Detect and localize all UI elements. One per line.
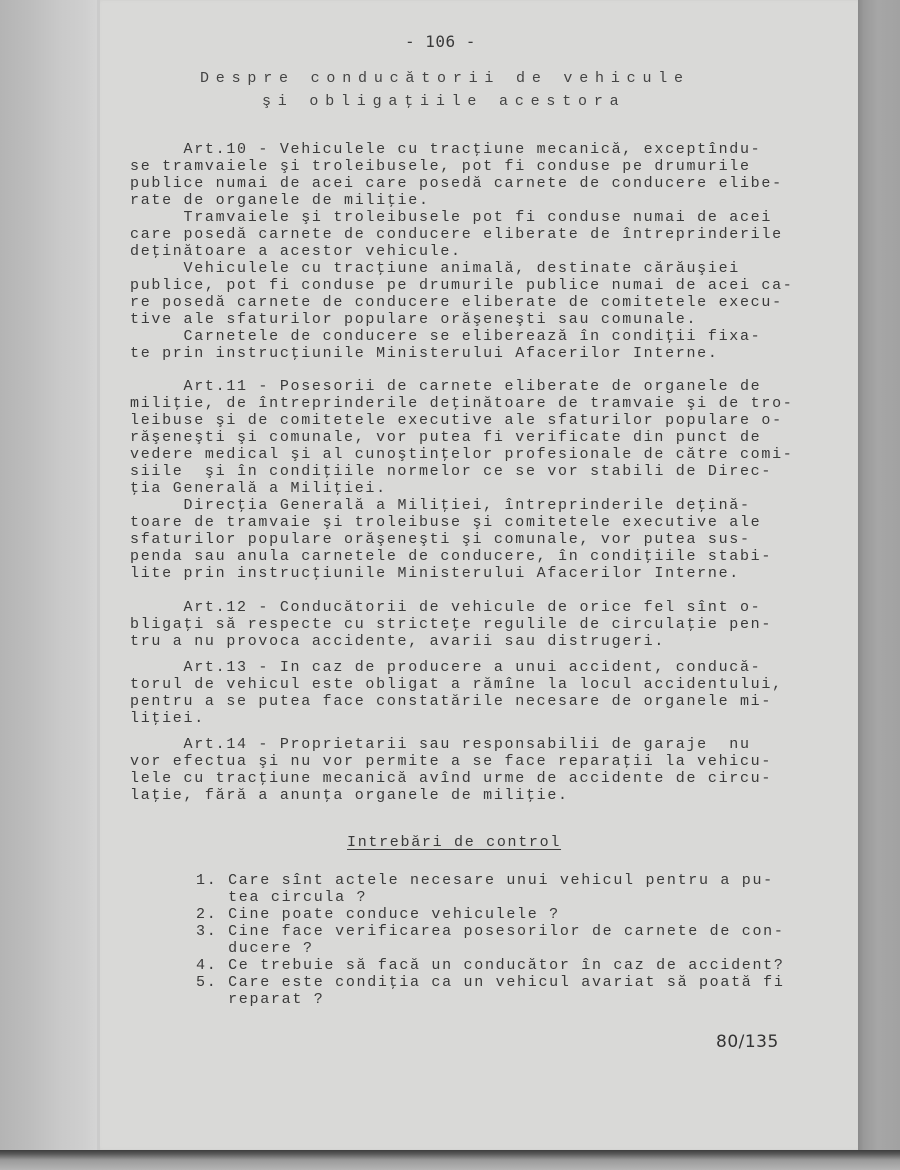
text-line: Art.10 - Vehiculele cu tracţiune mecanic… <box>130 141 794 158</box>
control-questions-list: 1. Care sînt actele necesare unui vehicu… <box>196 872 785 1008</box>
text-line: liţiei. <box>130 710 783 727</box>
text-line: re posedă carnete de conducere eliberate… <box>130 294 794 311</box>
text-line: lite prin instrucţiunile Ministerului Af… <box>130 565 794 582</box>
text-line: Art.11 - Posesorii de carnete eliberate … <box>130 378 794 395</box>
text-line: tru a nu provoca accidente, avarii sau d… <box>130 633 772 650</box>
book-gutter <box>0 0 100 1170</box>
text-line: te prin instrucţiunile Ministerului Afac… <box>130 345 794 362</box>
text-line: răşeneşti şi comunale, vor putea fi veri… <box>130 429 794 446</box>
text-line: 2. Cine poate conduce vehiculele ? <box>196 906 785 923</box>
scan-page-counter: 80/135 <box>716 1034 779 1051</box>
text-line: toare de tramvaie şi troleibuse şi comit… <box>130 514 794 531</box>
section-title-line-2: şi obligaţiile acestora <box>262 90 625 113</box>
section-title-line-1: Despre conducătorii de vehicule <box>200 67 690 90</box>
text-line: Art.14 - Proprietarii sau responsabilii … <box>130 736 772 753</box>
text-line: siile şi în condiţiile normelor ce se vo… <box>130 463 794 480</box>
text-line: 3. Cine face verificarea posesorilor de … <box>196 923 785 940</box>
article-10: Art.10 - Vehiculele cu tracţiune mecanic… <box>130 141 794 362</box>
question-item: 1. Care sînt actele necesare unui vehicu… <box>196 872 785 906</box>
scanner-right-edge <box>858 0 900 1170</box>
text-line: Tramvaiele şi troleibusele pot fi condus… <box>130 209 794 226</box>
text-line: care posedă carnete de conducere elibera… <box>130 226 794 243</box>
text-line: sfaturilor populare orăşeneşti şi comuna… <box>130 531 794 548</box>
text-line: se tramvaiele şi troleibusele, pot fi co… <box>130 158 794 175</box>
text-line: publice, pot fi conduse pe drumurile pub… <box>130 277 794 294</box>
text-line: Art.12 - Conducătorii de vehicule de ori… <box>130 599 772 616</box>
article-13: Art.13 - In caz de producere a unui acci… <box>130 659 783 727</box>
text-line: vor efectua şi nu vor permite a se face … <box>130 753 772 770</box>
question-item: 4. Ce trebuie să facă un conducător în c… <box>196 957 785 974</box>
text-line: Direcţia Generală a Miliţiei, întreprind… <box>130 497 794 514</box>
question-item: 5. Care este condiţia ca un vehicul avar… <box>196 974 785 1008</box>
text-line: torul de vehicul este obligat a rămîne l… <box>130 676 783 693</box>
text-line: laţie, fără a anunţa organele de miliţie… <box>130 787 772 804</box>
article-12: Art.12 - Conducătorii de vehicule de ori… <box>130 599 772 650</box>
text-line: leibuse şi de comitetele executive ale s… <box>130 412 794 429</box>
text-line: 5. Care este condiţia ca un vehicul avar… <box>196 974 785 991</box>
control-questions-heading: Intrebări de control <box>347 834 561 851</box>
article-14: Art.14 - Proprietarii sau responsabilii … <box>130 736 772 804</box>
question-item: 3. Cine face verificarea posesorilor de … <box>196 923 785 957</box>
text-line: bligaţi să respecte cu stricteţe regulil… <box>130 616 772 633</box>
text-line: tea circula ? <box>196 889 785 906</box>
page-number: - 106 - <box>405 33 476 50</box>
text-line: lele cu tracţiune mecanică avînd urme de… <box>130 770 772 787</box>
question-item: 2. Cine poate conduce vehiculele ? <box>196 906 785 923</box>
text-line: Art.13 - In caz de producere a unui acci… <box>130 659 783 676</box>
text-line: deţinătoare a acestor vehicule. <box>130 243 794 260</box>
text-line: publice numai de acei care posedă carnet… <box>130 175 794 192</box>
text-line: vedere medical şi al cunoştinţelor profe… <box>130 446 794 463</box>
scanner-bottom-edge <box>0 1150 900 1170</box>
text-line: ţia Generală a Miliţiei. <box>130 480 794 497</box>
text-line: miliţie, de întreprinderile deţinătoare … <box>130 395 794 412</box>
article-11: Art.11 - Posesorii de carnete eliberate … <box>130 378 794 582</box>
page-edge <box>97 0 100 1150</box>
text-line: tive ale sfaturilor populare orăşeneşti … <box>130 311 794 328</box>
text-line: penda sau anula carnetele de conducere, … <box>130 548 794 565</box>
text-line: Vehiculele cu tracţiune animală, destina… <box>130 260 794 277</box>
text-line: reparat ? <box>196 991 785 1008</box>
text-line: 1. Care sînt actele necesare unui vehicu… <box>196 872 785 889</box>
text-line: rate de organele de miliţie. <box>130 192 794 209</box>
text-line: Carnetele de conducere se eliberează în … <box>130 328 794 345</box>
text-line: ducere ? <box>196 940 785 957</box>
text-line: 4. Ce trebuie să facă un conducător în c… <box>196 957 785 974</box>
text-line: pentru a se putea face constatările nece… <box>130 693 783 710</box>
